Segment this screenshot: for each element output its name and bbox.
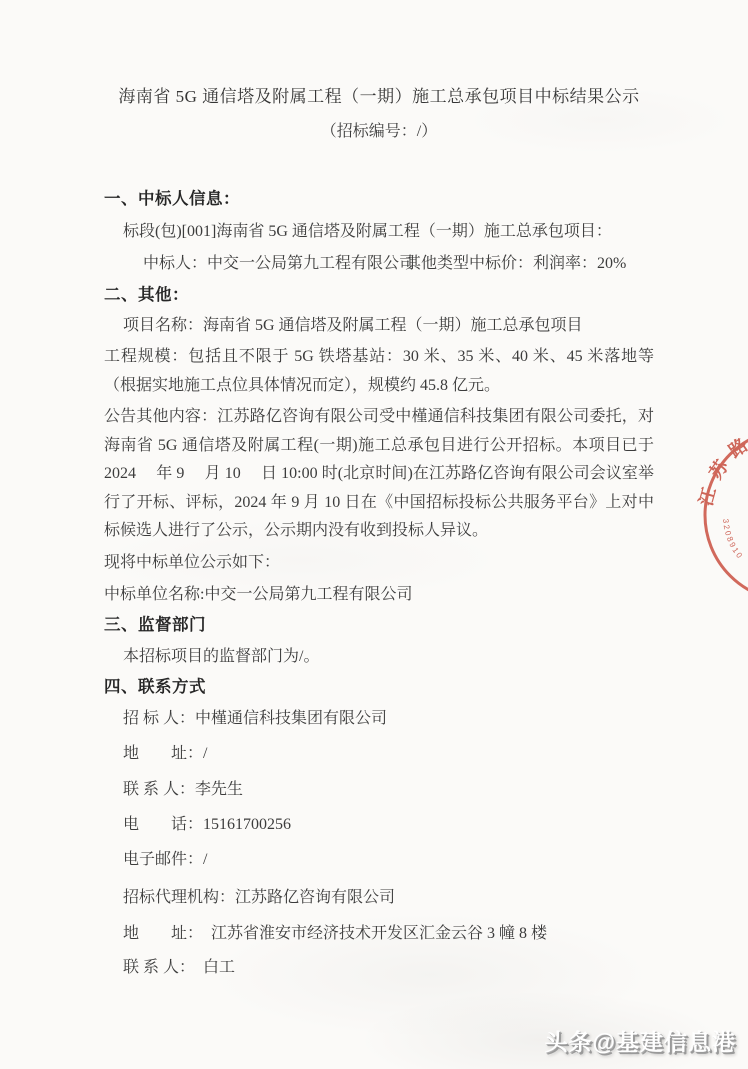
- tender-number-line: （招标编号：/）: [104, 121, 654, 142]
- scanned-document-page: 海南省 5G 通信塔及附属工程（一期）施工总承包项目中标结果公示 （招标编号：/…: [0, 0, 748, 1069]
- lot-line: 标段(包)[001]海南省 5G 通信塔及附属工程（一期）施工总承包项目：: [123, 221, 654, 242]
- winner-name-line: 中标人：中交一公局第九工程有限公司: [143, 255, 415, 272]
- project-scale-paragraph: 工程规模：包括且不限于 5G 铁塔基站：30 米、35 米、40 米、45 米落…: [104, 343, 654, 400]
- tenderer-address-line: 地 址：/: [123, 743, 654, 764]
- section2-heading: 二、其他：: [104, 284, 654, 305]
- seal-serial-digits: 3208910: [721, 518, 745, 561]
- notice-other-content-paragraph: 公告其他内容：江苏路亿咨询有限公司受中槿通信科技集团有限公司委托，对海南省 5G…: [104, 403, 654, 546]
- winning-unit-name-line: 中标单位名称:中交一公局第九工程有限公司: [104, 584, 654, 605]
- tenderer-email-line: 电子邮件：/: [123, 849, 654, 870]
- supervision-line: 本招标项目的监督部门为/。: [123, 646, 654, 667]
- toutiao-watermark: 头条@基建信息港: [545, 1024, 736, 1057]
- document-body: 海南省 5G 通信塔及附属工程（一期）施工总承包项目中标结果公示 （招标编号：/…: [0, 0, 748, 1069]
- tenderer-phone-line: 电 话：15161700256: [123, 814, 654, 835]
- red-company-stamp-seal: 江苏路亿 3208910: [689, 413, 748, 617]
- project-name-line: 项目名称：海南省 5G 通信塔及附属工程（一期）施工总承包项目: [123, 315, 654, 336]
- svg-text:3208910: 3208910: [721, 518, 745, 561]
- section1-heading: 一、中标人信息：: [104, 188, 654, 209]
- svg-text:江苏路亿: 江苏路亿: [696, 419, 748, 508]
- winning-price: 其他类型中标价：利润率：20%: [405, 253, 626, 274]
- winner-row: 中标人：中交一公局第九工程有限公司 其他类型中标价：利润率：20%: [104, 253, 654, 274]
- document-title: 海南省 5G 通信塔及附属工程（一期）施工总承包项目中标结果公示: [104, 86, 654, 108]
- tenderer-name-line: 招 标 人：中槿通信科技集团有限公司: [123, 708, 654, 729]
- agency-name-line: 招标代理机构：江苏路亿咨询有限公司: [123, 887, 654, 908]
- section4-heading: 四、联系方式: [104, 676, 654, 697]
- tenderer-contact-line: 联 系 人：李先生: [123, 779, 654, 800]
- section3-heading: 三、监督部门: [104, 614, 654, 635]
- seal-org-arc-text: 江苏路亿: [696, 419, 748, 508]
- announce-intro-line: 现将中标单位公示如下：: [104, 552, 654, 573]
- agency-address-line: 地 址： 江苏省淮安市经济技术开发区汇金云谷 3 幢 8 楼: [123, 923, 654, 944]
- agency-contact-line: 联 系 人： 白工: [123, 957, 654, 978]
